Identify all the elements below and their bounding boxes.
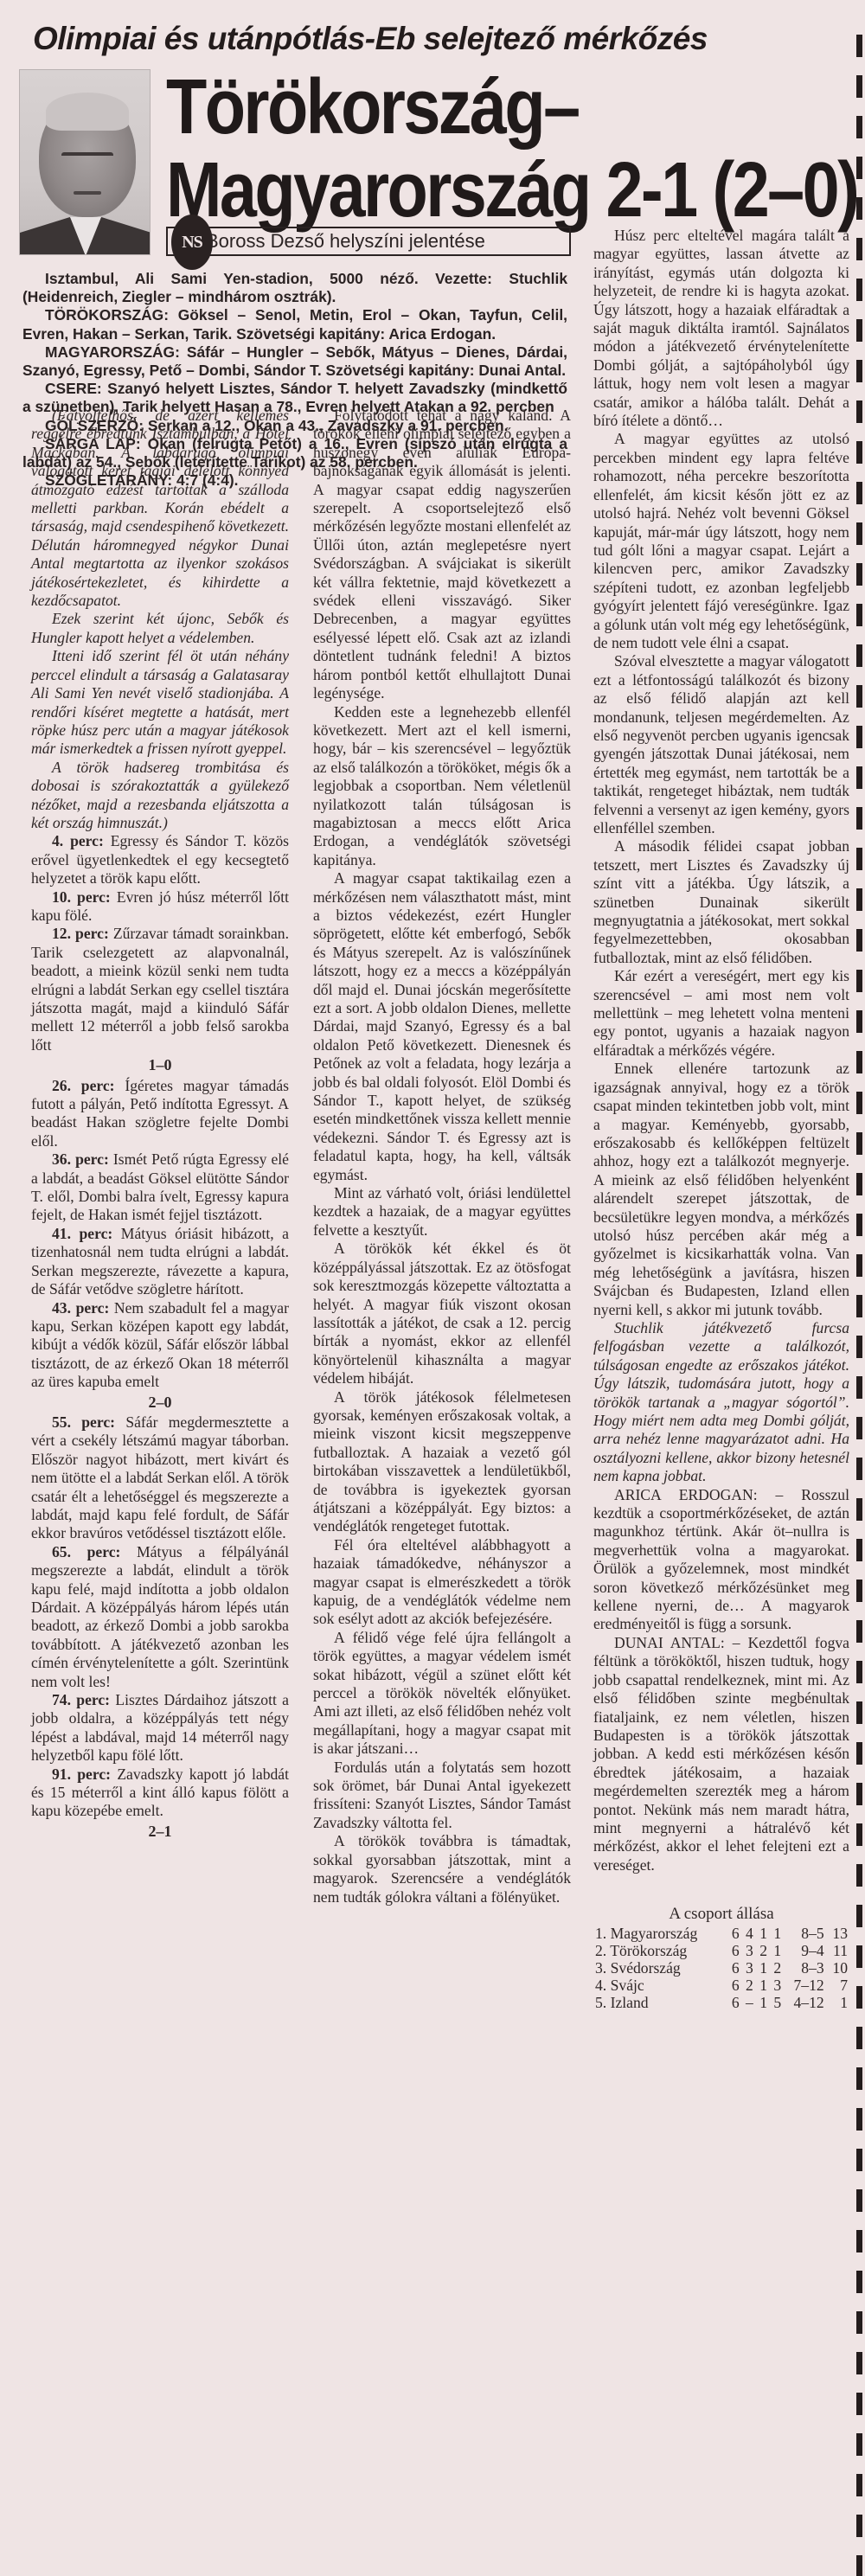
event-minute: 91. perc: [52, 1765, 111, 1783]
event-minute: 43. perc: [52, 1299, 109, 1317]
lost: 1 [769, 1942, 783, 1959]
goals: 7–12 [783, 1977, 826, 1994]
team-name: Svédország [611, 1959, 681, 1977]
points: 1 [826, 1994, 849, 2011]
intro-paragraph: (Fátyolfelhős, de azért kellemes reggelr… [31, 407, 289, 610]
edge-mark [856, 1905, 862, 1927]
points: 13 [826, 1925, 849, 1942]
edge-mark [856, 2393, 862, 2415]
body-paragraph: Mint az várható volt, óriási lendülettel… [313, 1184, 571, 1240]
edge-mark [856, 2230, 862, 2252]
body-paragraph: Kedden este a legnehezebb ellenfél követ… [313, 703, 571, 870]
body-paragraph: Folytatódott tehát a nagy kaland. A törö… [313, 407, 571, 703]
edge-mark [856, 644, 862, 667]
quote-erdogan: ARICA ERDOGAN: – Rosszul kezdtük a csopo… [593, 1486, 849, 1634]
team-pos: 1. [595, 1925, 606, 1942]
photo-hair [46, 93, 129, 131]
edge-mark [856, 441, 862, 464]
edge-mark [856, 522, 862, 545]
event-entry: 12. perc: Zűrzavar támadt sorainkban. Ta… [31, 925, 289, 1054]
edge-mark [856, 1295, 862, 1317]
event-entry: 10. perc: Evren jó húsz méterről lőtt ka… [31, 888, 289, 926]
table-row: 2. Törökország 6 3 2 1 9–4 11 [593, 1942, 849, 1959]
won: 2 [741, 1977, 755, 1994]
goals: 9–4 [783, 1942, 826, 1959]
event-minute: 55. perc: [52, 1413, 115, 1431]
headline-line-2: Magyarország 2-1 (2–0) [166, 149, 761, 232]
event-text: Sáfár megdermesztette a vért a csekély l… [31, 1413, 289, 1541]
event-entry: 65. perc: Mátyus a félpályánál megszerez… [31, 1543, 289, 1691]
event-entry: 91. perc: Zavadszky kapott jó labdát és … [31, 1765, 289, 1821]
quote-text: – Rosszul kezdtük a csoportmérkőzéseket,… [593, 1486, 849, 1633]
edge-mark [856, 1376, 862, 1399]
played: 6 [727, 1994, 740, 2011]
event-minute: 36. perc: [52, 1150, 109, 1168]
drawn: 1 [755, 1994, 769, 2011]
edge-mark [856, 482, 862, 504]
event-entry: 36. perc: Ismét Pető rúgta Egressy elé a… [31, 1150, 289, 1225]
event-entry: 74. perc: Lisztes Dárdaihoz játszott a j… [31, 1691, 289, 1765]
edge-mark [856, 1458, 862, 1480]
headline-line-1: Törökország– [166, 66, 761, 149]
team-pos: 5. [595, 1994, 606, 2011]
body-paragraph: Ennek ellenére tartozunk az igazságnak a… [593, 1060, 849, 1319]
body-paragraph: Kár ezért a vereségért, mert egy kis sze… [593, 967, 849, 1060]
edge-mark [856, 1539, 862, 1561]
body-paragraph: A török játékosok félelmetesen gyorsak, … [313, 1388, 571, 1536]
edge-mark [856, 1945, 862, 1968]
edge-mark [856, 279, 862, 301]
body-paragraph: A törökök továbbra is támadtak, sokkal g… [313, 1832, 571, 1906]
edge-mark [856, 2067, 862, 2090]
page-edge-marks [856, 0, 865, 2576]
event-entry: 26. perc: Ígéretes magyar támadás futott… [31, 1077, 289, 1151]
standings-table: 1. Magyarország 6 4 1 1 8–5 13 2. Töröko… [593, 1925, 849, 2011]
event-text: Zűrzavar támadt sorainkban. Tarik cselez… [31, 925, 289, 1053]
goals: 4–12 [783, 1994, 826, 2011]
score-marker: 2–0 [31, 1394, 289, 1412]
drawn: 1 [755, 1925, 769, 1942]
body-paragraph: Szóval elvesztette a magyar válogatott e… [593, 652, 849, 837]
team-name: Izland [611, 1994, 649, 2011]
referee-note: Stuchlik játékvezető furcsa felfogásban … [593, 1319, 849, 1486]
facts-turkey-lineup: TÖRÖKORSZÁG: Göksel – Senol, Metin, Erol… [22, 306, 567, 343]
edge-mark [856, 2474, 862, 2496]
standings-title: A csoport állása [593, 1906, 849, 1923]
edge-mark [856, 75, 862, 98]
edge-mark [856, 1254, 862, 1277]
headline: Törökország– Magyarország 2-1 (2–0) [166, 66, 761, 232]
edge-mark [856, 1336, 862, 1358]
won: 3 [741, 1942, 755, 1959]
edge-mark [856, 2149, 862, 2171]
edge-mark [856, 2027, 862, 2049]
photo-eyes [61, 152, 113, 159]
edge-mark [856, 2515, 862, 2537]
edge-mark [856, 766, 862, 789]
edge-mark [856, 1661, 862, 1683]
event-entry: 43. perc: Nem szabadult fel a magyar kap… [31, 1299, 289, 1392]
edge-mark [856, 1010, 862, 1033]
facts-hungary-lineup: MAGYARORSZÁG: Sáfár – Hungler – Sebők, M… [22, 343, 567, 380]
edge-mark [856, 726, 862, 748]
edge-mark [856, 2189, 862, 2212]
edge-mark [856, 1417, 862, 1439]
played: 6 [727, 1977, 740, 1994]
points: 7 [826, 1977, 849, 1994]
event-minute: 74. perc: [52, 1691, 110, 1708]
column-3: Húsz perc elteltével magára talált a mag… [593, 227, 849, 2011]
drawn: 1 [755, 1959, 769, 1977]
edge-mark [856, 888, 862, 911]
edge-mark [856, 1620, 862, 1643]
won: – [741, 1994, 755, 2011]
body-paragraph: A félidő vége felé újra fellángolt a tör… [313, 1629, 571, 1759]
table-row: 3. Svédország 6 3 1 2 8–3 10 [593, 1959, 849, 1977]
edge-mark [856, 929, 862, 952]
edge-mark [856, 1701, 862, 1724]
body-paragraph: Fél óra elteltével alábbhagyott a hazaia… [313, 1536, 571, 1629]
kicker-title: Olimpiai és utánpótlás-Eb selejtező mérk… [33, 21, 846, 57]
quote-speaker: DUNAI ANTAL: [614, 1634, 725, 1651]
column-2: Folytatódott tehát a nagy kaland. A törö… [313, 407, 571, 1906]
table-row: 1. Magyarország 6 4 1 1 8–5 13 [593, 1925, 849, 1942]
edge-mark [856, 685, 862, 708]
event-minute: 41. perc: [52, 1225, 112, 1242]
event-minute: 65. perc: [52, 1543, 120, 1560]
played: 6 [727, 1925, 740, 1942]
quote-text: – Kezdettől fogva féltünk a törököktől, … [593, 1634, 849, 1874]
edge-mark [856, 116, 862, 138]
goals: 8–3 [783, 1959, 826, 1977]
edge-mark [856, 1742, 862, 1765]
edge-mark [856, 604, 862, 626]
event-entry: 41. perc: Mátyus óriásit hibázott, a tiz… [31, 1225, 289, 1299]
byline-text: Boross Dezső helyszíni jelentése [206, 230, 485, 253]
quote-dunai: DUNAI ANTAL: – Kezdettől fogva féltünk a… [593, 1634, 849, 1874]
played: 6 [727, 1959, 740, 1977]
edge-mark [856, 807, 862, 830]
played: 6 [727, 1942, 740, 1959]
lost: 3 [769, 1977, 783, 1994]
event-minute: 12. perc: [52, 925, 109, 942]
drawn: 2 [755, 1942, 769, 1959]
edge-mark [856, 238, 862, 260]
team-name: Magyarország [611, 1925, 698, 1942]
drawn: 1 [755, 1977, 769, 1994]
intro-paragraph: A török hadsereg trombitása és dobosai i… [31, 759, 289, 833]
body-paragraph: Húsz perc elteltével magára talált a mag… [593, 227, 849, 430]
edge-mark [856, 1823, 862, 1846]
edge-mark [856, 1051, 862, 1073]
points: 10 [826, 1959, 849, 1977]
lost: 5 [769, 1994, 783, 2011]
event-text: Mátyus a félpályánál megszerezte a labdá… [31, 1543, 289, 1690]
body-paragraph: Fordulás után a folytatás sem hozott sok… [313, 1759, 571, 1833]
score-marker: 1–0 [31, 1056, 289, 1074]
points: 11 [826, 1942, 849, 1959]
edge-mark [856, 2352, 862, 2374]
edge-mark [856, 319, 862, 342]
lost: 1 [769, 1925, 783, 1942]
edge-mark [856, 35, 862, 57]
ns-logo-icon: NS [171, 215, 213, 270]
edge-mark [856, 400, 862, 423]
lost: 2 [769, 1959, 783, 1977]
edge-mark [856, 1173, 862, 1195]
body-paragraph: A második félidei csapat jobban tetszett… [593, 837, 849, 967]
edge-mark [856, 2108, 862, 2131]
portrait-photo [19, 69, 151, 255]
edge-mark [856, 2433, 862, 2456]
team-pos: 2. [595, 1942, 606, 1959]
goals: 8–5 [783, 1925, 826, 1942]
edge-mark [856, 848, 862, 870]
event-minute: 26. perc: [52, 1077, 115, 1094]
edge-mark [856, 1783, 862, 1805]
event-entry: 55. perc: Sáfár megdermesztette a vért a… [31, 1413, 289, 1543]
edge-mark [856, 2555, 862, 2576]
team-name: Svájc [611, 1977, 644, 1994]
edge-mark [856, 2311, 862, 2334]
team-name: Törökország [610, 1942, 687, 1959]
edge-mark [856, 197, 862, 220]
intro-paragraph: Ezek szerint két újonc, Sebők és Hungler… [31, 610, 289, 647]
edge-mark [856, 1864, 862, 1887]
edge-mark [856, 1986, 862, 2009]
event-minute: 10. perc: [52, 888, 111, 906]
table-row: 5. Izland 6 – 1 5 4–12 1 [593, 1994, 849, 2011]
body-paragraph: A magyar együttes az utolsó percekben mi… [593, 430, 849, 652]
edge-mark [856, 2271, 862, 2293]
facts-venue: Isztambul, Ali Sami Yen-stadion, 5000 né… [22, 270, 567, 306]
byline: Boross Dezső helyszíni jelentése [166, 227, 571, 256]
score-marker: 2–1 [31, 1823, 289, 1841]
won: 3 [741, 1959, 755, 1977]
body-paragraph: A törökök két ékkel és öt középpályással… [313, 1240, 571, 1387]
quote-speaker: ARICA ERDOGAN: [614, 1486, 758, 1503]
group-standings: A csoport állása 1. Magyarország 6 4 1 1… [593, 1906, 849, 2011]
edge-mark [856, 1214, 862, 1236]
edge-mark [856, 157, 862, 179]
edge-mark [856, 1498, 862, 1521]
team-pos: 4. [595, 1977, 606, 1994]
body-paragraph: A magyar csapat taktikailag ezen a mérkő… [313, 869, 571, 1184]
edge-mark [856, 1092, 862, 1114]
edge-mark [856, 1580, 862, 1602]
column-1: (Fátyolfelhős, de azért kellemes reggelr… [31, 407, 289, 1842]
edge-mark [856, 360, 862, 382]
edge-mark [856, 563, 862, 586]
event-minute: 4. perc: [52, 832, 104, 849]
team-pos: 3. [595, 1959, 606, 1977]
edge-mark [856, 970, 862, 992]
event-entry: 4. perc: Egressy és Sándor T. közös erőv… [31, 832, 289, 888]
edge-mark [856, 1132, 862, 1155]
won: 4 [741, 1925, 755, 1942]
table-row: 4. Svájc 6 2 1 3 7–12 7 [593, 1977, 849, 1994]
photo-mouth [74, 191, 101, 195]
intro-paragraph: Itteni idő szerint fél öt után néhány pe… [31, 647, 289, 758]
